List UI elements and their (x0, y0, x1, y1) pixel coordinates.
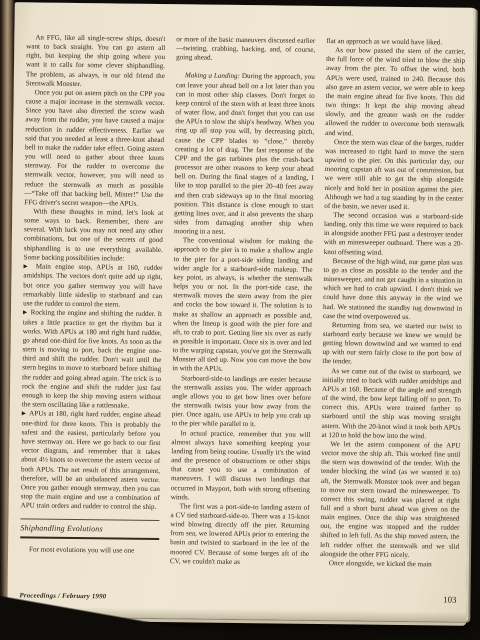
paragraph: Once alongside, we kicked the main (320, 559, 459, 570)
section-heading: Shiphandling Evolutions (20, 519, 159, 540)
paragraph: Making a Landing: During the approach, y… (174, 72, 315, 238)
bullet-icon: ▶ (24, 264, 32, 270)
paragraph: As our bow passed the stern of the carri… (325, 46, 465, 139)
paragraph: As we came out of the twist to starboard… (321, 367, 461, 442)
bullet-text: Main engine stop, APUs at 160, rudder am… (23, 262, 163, 308)
paragraph: For most evolutions you will use one (20, 545, 159, 556)
bullet-item: ▶ Rocking the engine and shifting the ru… (22, 308, 162, 411)
bullet-item: ▶ APUs at 180, right hard rudder, engine… (21, 410, 161, 513)
paragraph: The conventional wisdom for making the a… (172, 236, 313, 375)
paragraph: Because of the high wind, our game plan … (323, 257, 463, 323)
paragraph: The first was a port-side-to landing ast… (170, 502, 310, 568)
paragraph-text: During the approach, you can leave your … (174, 72, 315, 235)
paragraph: Once the stern was clear of the barges, … (324, 138, 464, 213)
paragraph: We let the astern component of the APU v… (320, 440, 460, 561)
bullet-icon: ▶ (23, 310, 29, 316)
bullet-item: ▶ Main engine stop, APUs at 160, rudder … (23, 262, 163, 310)
paragraph: The second occasion was a starboard-side… (324, 211, 464, 258)
text-column-1: An FFG, like all single-screw ships, doe… (20, 33, 165, 566)
paragraph: Once you put on astern pitch on the CPP … (24, 88, 164, 209)
page-number: 103 (443, 594, 456, 604)
run-in-heading: Making a Landing: (185, 72, 240, 81)
paragraph: An FFG, like all single-screw ships, doe… (26, 33, 166, 90)
paragraph: In actual practice, remember that you wi… (171, 429, 311, 504)
paragraph: or more of the basic maneuvers discussed… (176, 35, 315, 64)
article-body: An FFG, like all single-screw ships, doe… (20, 33, 465, 569)
text-column-2: or more of the basic maneuvers discussed… (170, 35, 315, 568)
paragraph: With these thoughts in mind, let's look … (24, 207, 164, 264)
photo-background-corner (0, 596, 250, 640)
magazine-page: An FFG, like all single-screw ships, doe… (7, 2, 473, 622)
paragraph: Starboard-side-to landings are easier be… (172, 374, 312, 431)
paragraph: Returning from sea, we started our twist… (322, 321, 462, 368)
bullet-icon: ▶ (22, 411, 28, 417)
bullet-text: APUs at 180, right hard rudder, engine a… (21, 410, 161, 512)
bullet-text: Rocking the engine and shifting the rudd… (22, 309, 162, 410)
text-column-3: flat an approach as we would have liked.… (320, 37, 465, 570)
